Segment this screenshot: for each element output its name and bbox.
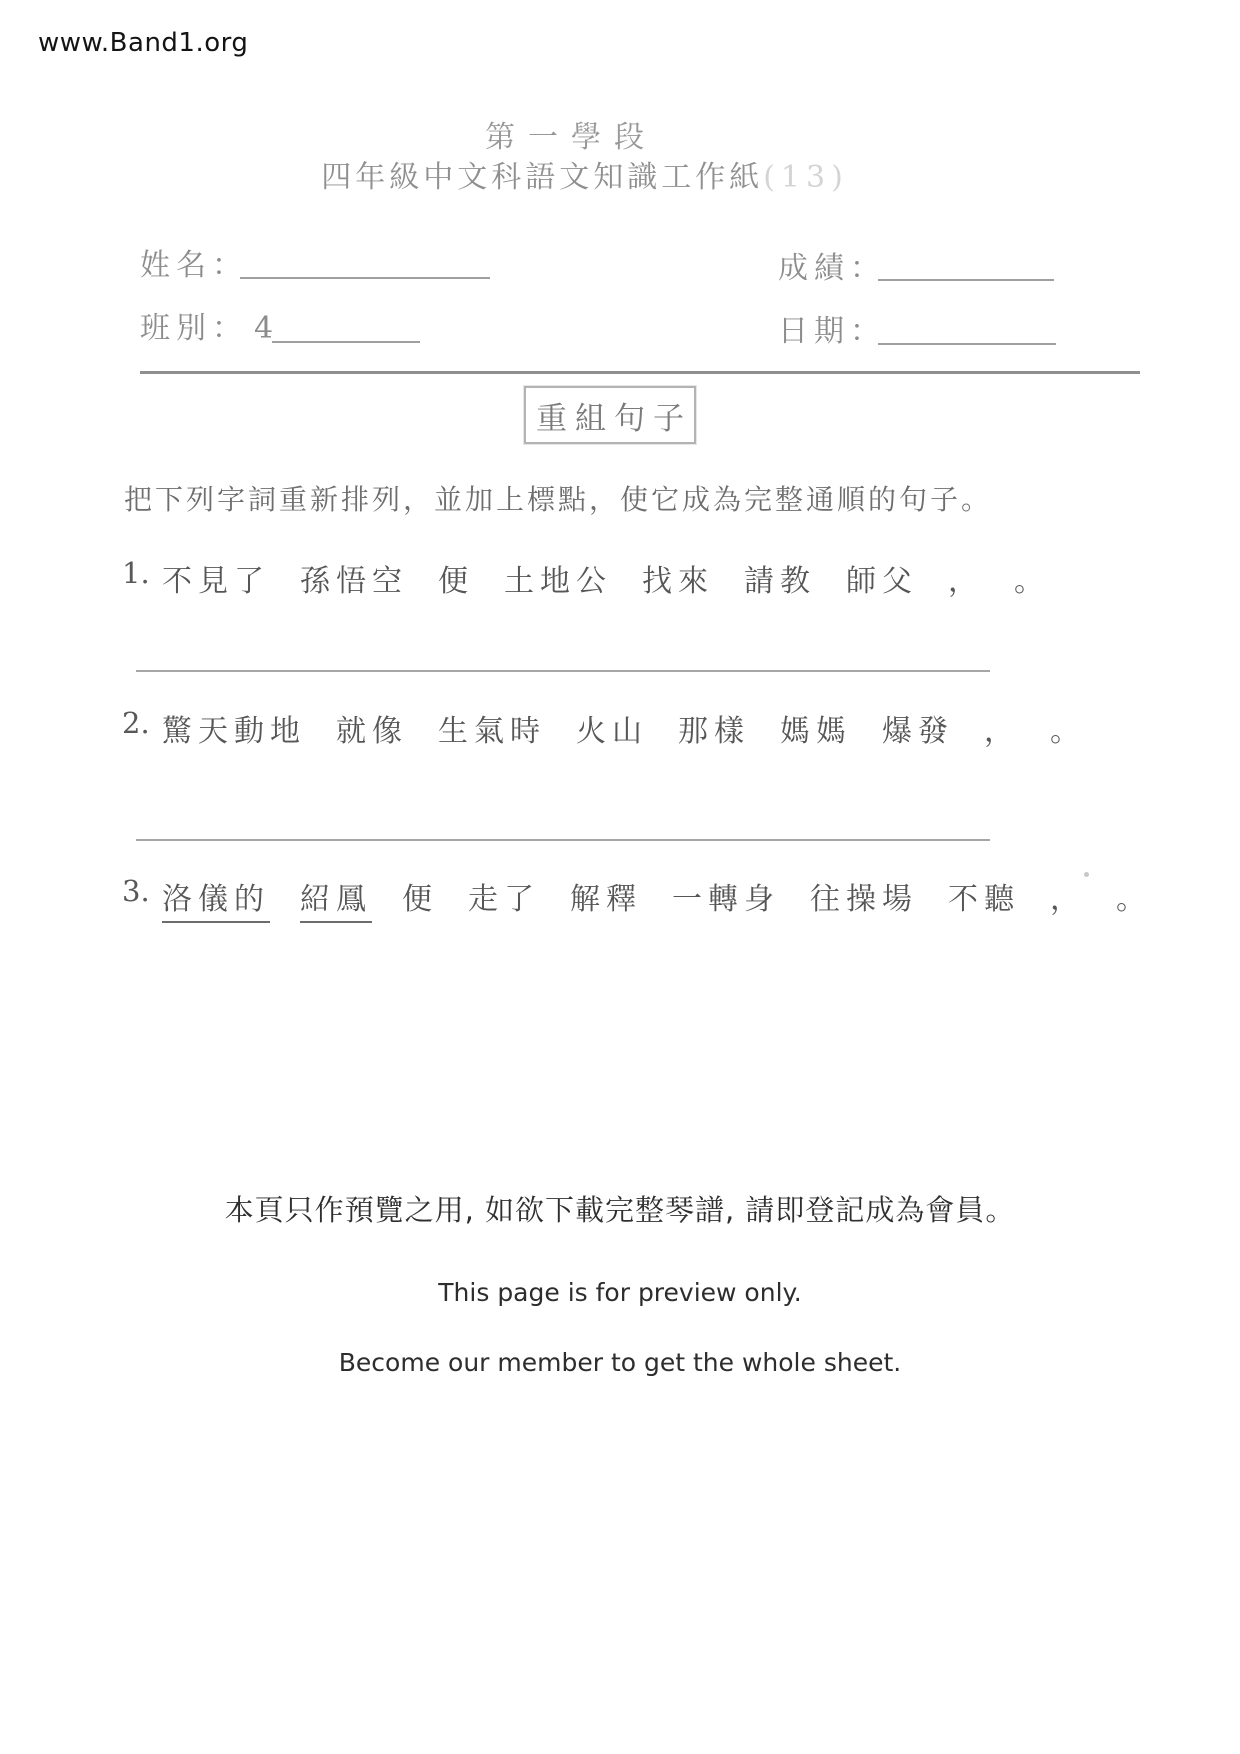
question-word: 爆發 xyxy=(882,706,954,750)
section-title-box: 重組句子 xyxy=(524,386,696,444)
question-word: 孫悟空 xyxy=(300,556,408,600)
worksheet-title-line2: 四年級中文科語文知識工作紙(13) xyxy=(0,152,1170,196)
question-word: 。 xyxy=(1014,556,1050,600)
question-word: 。 xyxy=(1050,706,1086,750)
class-label-text: 班別： xyxy=(140,311,248,346)
question-number: 3. xyxy=(122,874,158,908)
class-field-label: 班別：4 xyxy=(140,303,273,347)
worksheet-page: www.Band1.org 第一學段 四年級中文科語文知識工作紙(13) 姓名：… xyxy=(0,0,1240,1754)
question-word: 便 xyxy=(438,556,474,600)
question-word: 一轉身 xyxy=(672,874,780,923)
scanned-document-layer: 第一學段 四年級中文科語文知識工作紙(13) 姓名： 成績： 班別：4 日期： … xyxy=(0,0,1240,1754)
membership-notice-english: Become our member to get the whole sheet… xyxy=(0,1348,1240,1377)
question-1: 1. 不見了孫悟空便土地公找來請教師父，。 xyxy=(122,556,1050,600)
question-word: 那樣 xyxy=(678,706,750,750)
question-word-underlined: 洛儀的 xyxy=(162,874,270,923)
question-word: 媽媽 xyxy=(780,706,852,750)
instruction-text: 把下列字詞重新排列，並加上標點，使它成為完整通順的句子。 xyxy=(124,478,992,518)
answer-blank-line-1 xyxy=(136,670,990,672)
question-word: ， xyxy=(984,706,1020,750)
question-number: 1. xyxy=(122,556,158,590)
date-blank-line xyxy=(878,343,1056,345)
score-field-label: 成績： xyxy=(778,243,886,287)
question-word: 不見了 xyxy=(162,556,270,600)
question-word: 。 xyxy=(1116,874,1152,923)
question-words: 洛儀的紹鳳便走了解釋一轉身往操場不聽，。 xyxy=(162,874,1152,923)
question-word: 驚天動地 xyxy=(162,706,306,750)
question-word: 便 xyxy=(402,874,438,923)
question-word: ， xyxy=(948,556,984,600)
question-word: 解釋 xyxy=(570,874,642,923)
worksheet-title-line1: 第一學段 xyxy=(0,112,1142,156)
question-word: ， xyxy=(1050,874,1086,923)
question-word: 就像 xyxy=(336,706,408,750)
question-word: 土地公 xyxy=(504,556,612,600)
worksheet-title-number-faint: (13) xyxy=(763,160,849,195)
class-blank-line xyxy=(272,341,420,343)
question-word: 不聽 xyxy=(948,874,1020,923)
preview-notice-chinese: 本頁只作預覽之用, 如欲下載完整琴譜, 請即登記成為會員。 xyxy=(0,1188,1240,1229)
question-word: 找來 xyxy=(642,556,714,600)
question-number: 2. xyxy=(122,706,158,740)
answer-blank-line-2 xyxy=(136,839,990,841)
name-blank-line xyxy=(240,277,490,279)
question-word: 生氣時 xyxy=(438,706,546,750)
question-3: 3. 洛儀的紹鳳便走了解釋一轉身往操場不聽，。 xyxy=(122,874,1152,923)
question-word: 師父 xyxy=(846,556,918,600)
question-word-underlined: 紹鳳 xyxy=(300,874,372,923)
question-2: 2. 驚天動地就像生氣時火山那樣媽媽爆發，。 xyxy=(122,706,1086,750)
date-field-label: 日期： xyxy=(778,306,886,350)
name-field-label: 姓名： xyxy=(140,240,248,284)
section-title: 重組句子 xyxy=(528,393,692,438)
scan-noise-dot xyxy=(1084,872,1089,877)
class-field-value: 4 xyxy=(254,311,273,346)
question-word: 火山 xyxy=(576,706,648,750)
worksheet-title-text: 四年級中文科語文知識工作紙 xyxy=(321,160,763,195)
question-word: 走了 xyxy=(468,874,540,923)
header-divider-line xyxy=(140,371,1140,374)
question-words: 不見了孫悟空便土地公找來請教師父，。 xyxy=(162,556,1050,600)
preview-notice-english: This page is for preview only. xyxy=(0,1278,1240,1307)
score-blank-line xyxy=(878,279,1054,281)
question-word: 請教 xyxy=(744,556,816,600)
question-word: 往操場 xyxy=(810,874,918,923)
question-words: 驚天動地就像生氣時火山那樣媽媽爆發，。 xyxy=(162,706,1086,750)
